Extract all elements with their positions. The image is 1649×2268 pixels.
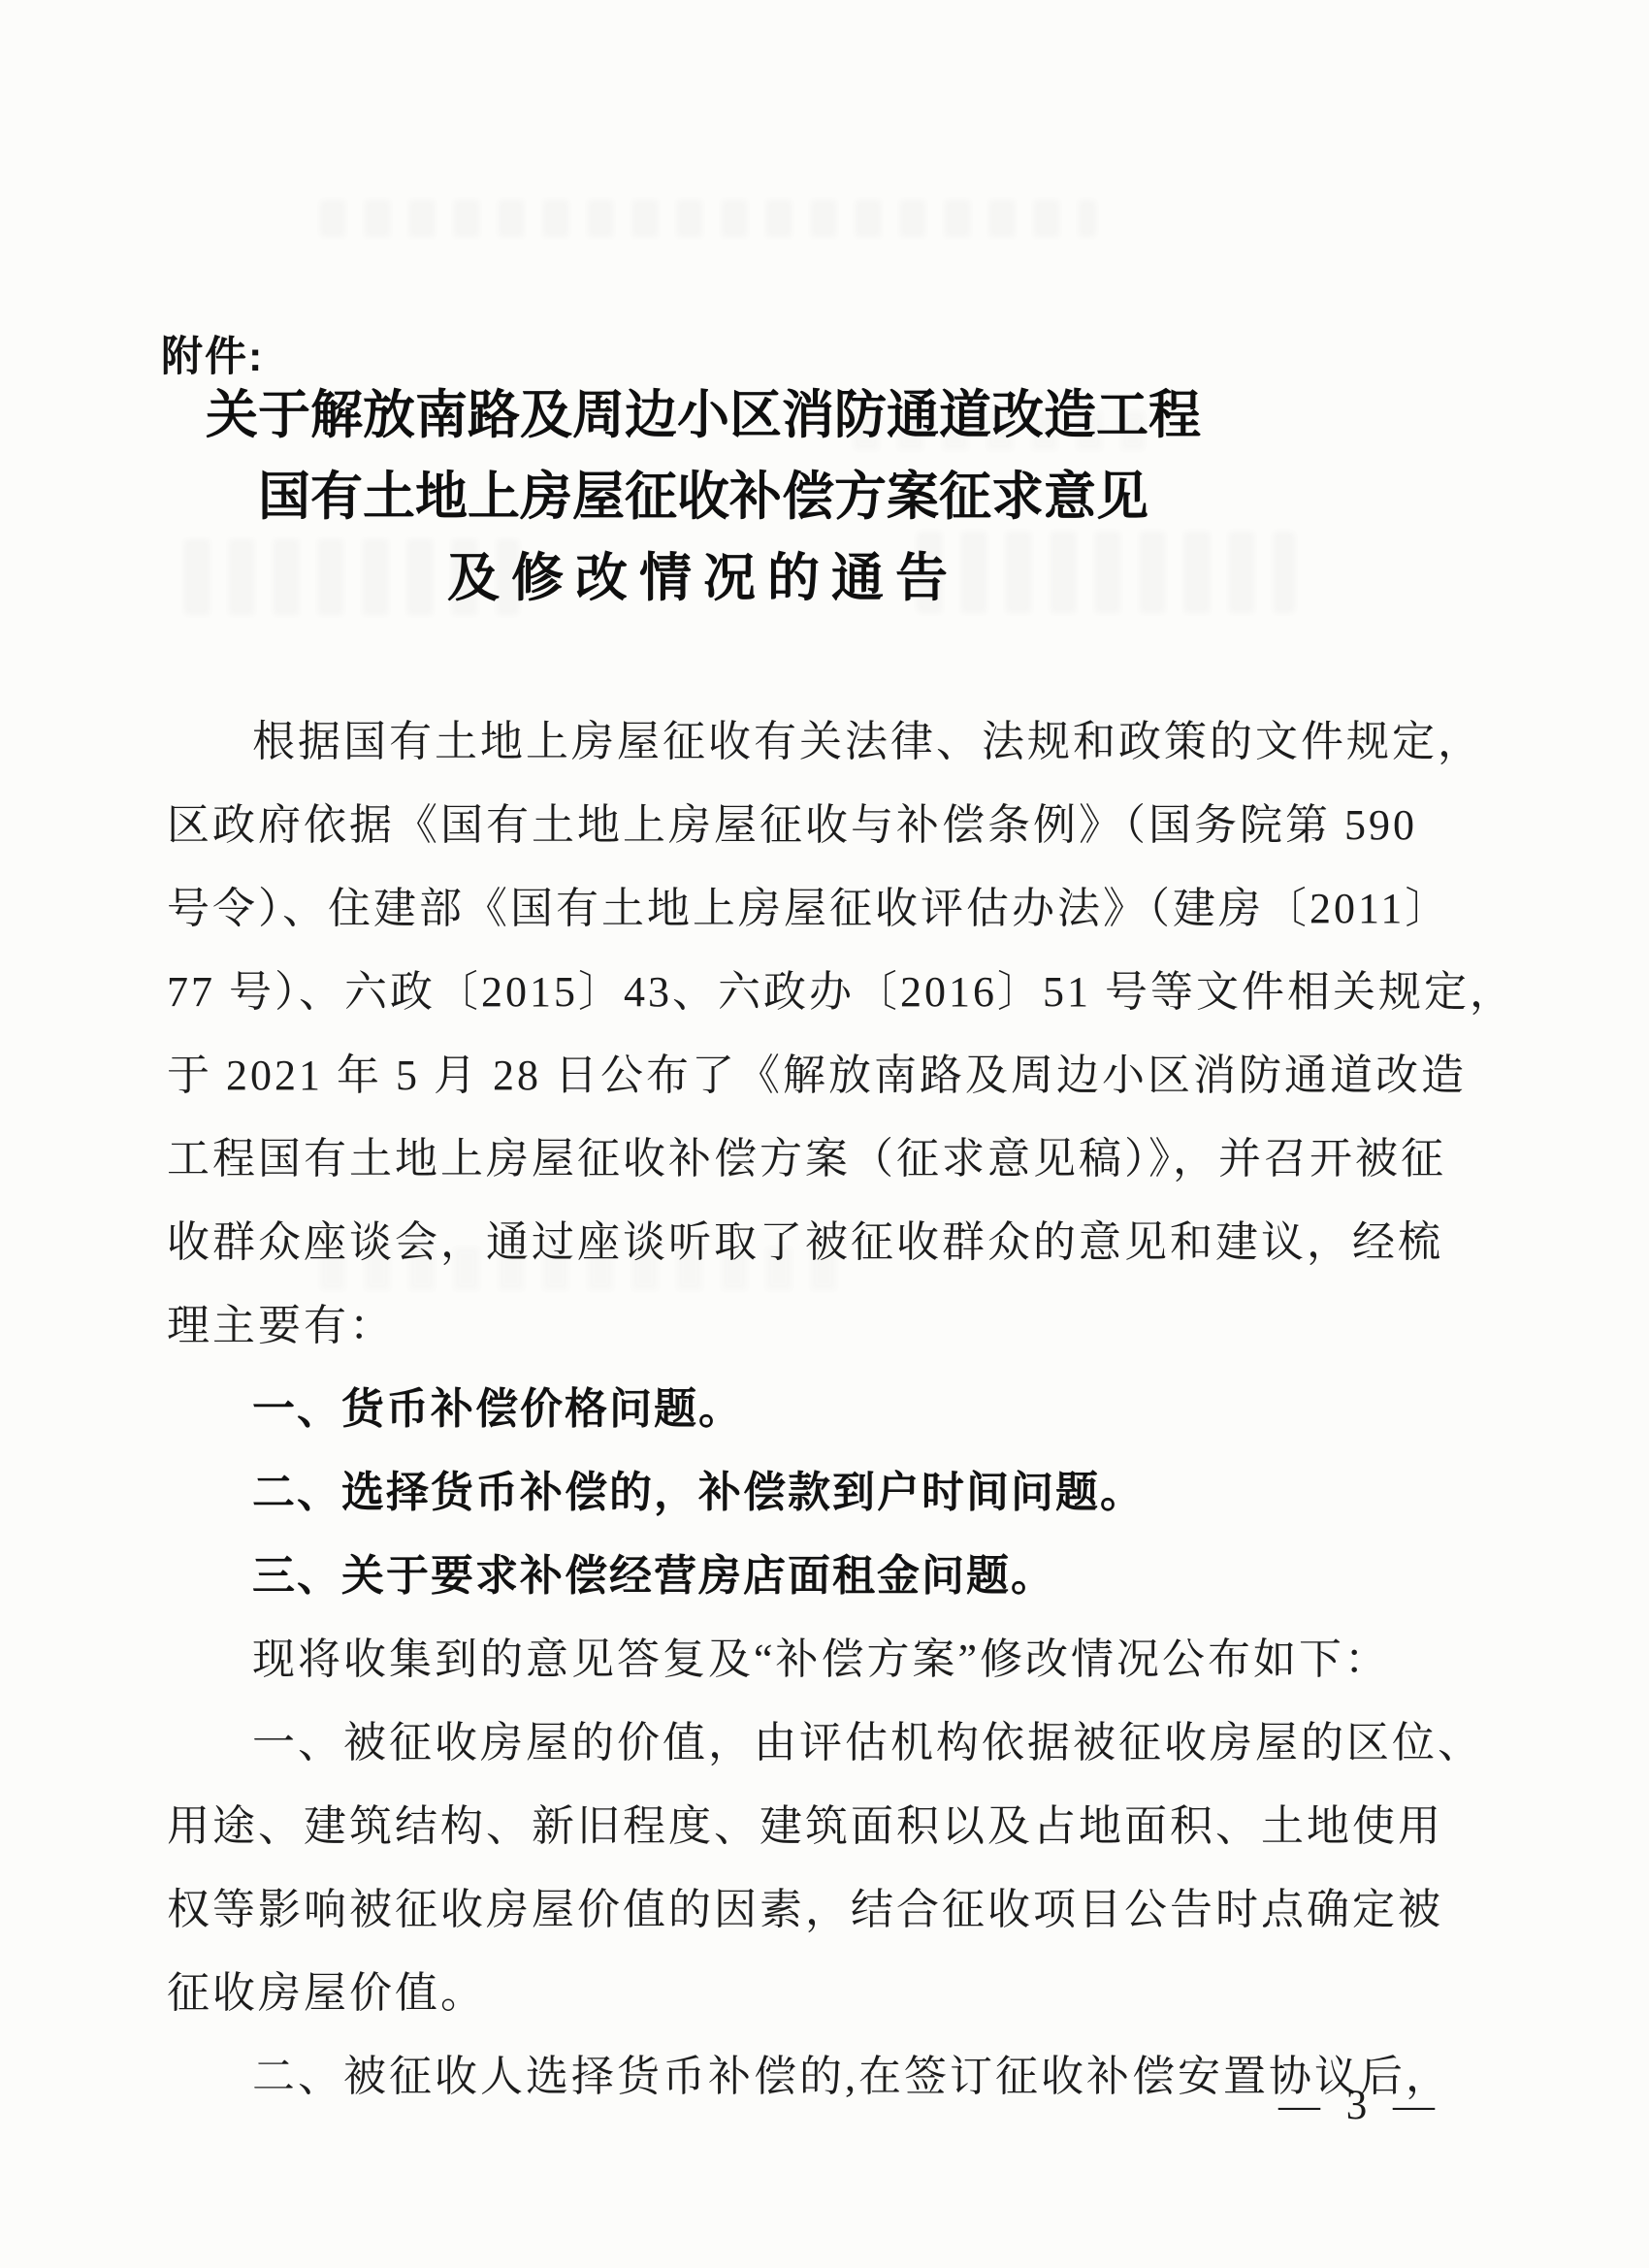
document-body: 根据国有土地上房屋征收有关法律、法规和政策的文件规定， 区政府依据《国有土地上房… — [167, 700, 1428, 2119]
body-line: 权等影响被征收房屋价值的因素，结合征收项目公告时点确定被 — [167, 1868, 1428, 1952]
body-line: 征收房屋价值。 — [167, 1952, 1428, 2035]
title-line-1: 关于解放南路及周边小区消防通道改造工程 — [155, 374, 1251, 456]
body-line: 区政府依据《国有土地上房屋征收与补偿条例》（国务院第 590 — [167, 784, 1428, 867]
bleed-through-artifact — [320, 200, 1096, 237]
title-line-2: 国有土地上房屋征收补偿方案征求意见 — [155, 456, 1251, 537]
body-line: 理主要有： — [167, 1284, 1428, 1368]
body-line: 收群众座谈会，通过座谈听取了被征收群众的意见和建议，经梳 — [167, 1201, 1428, 1284]
body-line: 二、被征收人选择货币补偿的,在签订征收补偿安置协议后， — [167, 2035, 1428, 2119]
scanned-document-page: 附件: 关于解放南路及周边小区消防通道改造工程 国有土地上房屋征收补偿方案征求意… — [0, 0, 1649, 2268]
body-line: 用途、建筑结构、新旧程度、建筑面积以及占地面积、土地使用 — [167, 1785, 1428, 1868]
body-line: 根据国有土地上房屋征收有关法律、法规和政策的文件规定， — [167, 700, 1428, 784]
title-line-3: 及修改情况的通告 — [155, 537, 1251, 619]
body-line: 于 2021 年 5 月 28 日公布了《解放南路及周边小区消防通道改造 — [167, 1034, 1428, 1118]
body-line: 一、被征收房屋的价值，由评估机构依据被征收房屋的区位、 — [167, 1701, 1428, 1785]
body-line: 77 号）、六政〔2015〕43、六政办〔2016〕51 号等文件相关规定， — [167, 951, 1428, 1034]
body-line: 现将收集到的意见答复及“补偿方案”修改情况公布如下： — [167, 1618, 1428, 1701]
document-title: 关于解放南路及周边小区消防通道改造工程 国有土地上房屋征收补偿方案征求意见 及修… — [155, 374, 1251, 619]
issue-item-1: 一、货币补偿价格问题。 — [167, 1368, 1428, 1451]
issue-item-2: 二、选择货币补偿的，补偿款到户时间问题。 — [167, 1451, 1428, 1535]
issue-item-3: 三、关于要求补偿经营房店面租金问题。 — [167, 1535, 1428, 1618]
body-line: 号令）、住建部《国有土地上房屋征收评估办法》（建房〔2011〕 — [167, 867, 1428, 951]
body-line: 工程国有土地上房屋征收补偿方案（征求意见稿）》，并召开被征 — [167, 1118, 1428, 1201]
page-number: — 3 — — [1278, 2082, 1442, 2129]
